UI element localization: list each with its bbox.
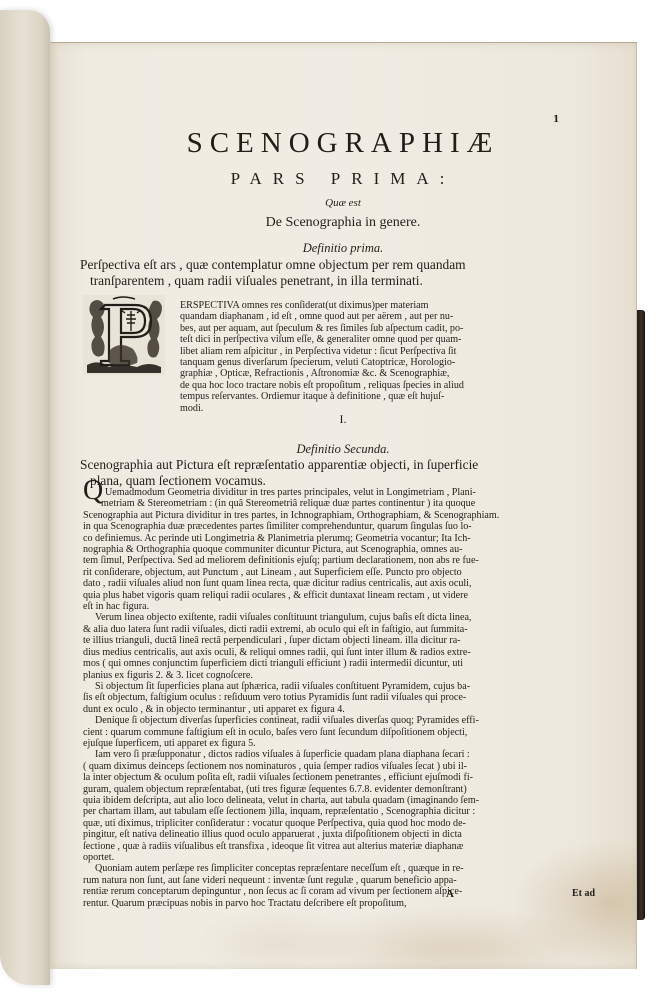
body-line: rentur. Quarum præcipuas nobis in parvo … <box>83 898 605 909</box>
body-line: quia ibidem deſcripta, aut alio loco del… <box>83 795 605 806</box>
body-line: ſis eſt objectum, faſtigium oculus : reſ… <box>83 692 605 703</box>
body-line: oportet. <box>83 852 605 863</box>
quae-est-line: Quæ est <box>50 197 636 209</box>
body-line: dius medius centricalis, aut axis oculi,… <box>83 647 605 658</box>
body-line: de qua hoc loco tractare nobis eſt propo… <box>180 380 600 391</box>
body-line: guram, qualem objectum repræſentabat, (u… <box>83 784 605 795</box>
body-line: Scenographia aut Pictura dividitur in tr… <box>83 510 605 521</box>
definition-2-body: Uemadmodum Geometria dividitur in tres p… <box>83 487 605 909</box>
definition-2-heading: Definitio Secunda. <box>50 442 636 457</box>
body-line: teſt dici in perſpectiva viſum eſſe, & g… <box>180 334 600 345</box>
definition-2-statement: Scenographia aut Pictura eſt repræſentat… <box>80 457 610 489</box>
book-page: 1 SCENOGRAPHIÆ PARS PRIMA: Quæ est De Sc… <box>50 42 637 969</box>
body-line: co definiemus. Ac perinde uti Longimetri… <box>83 533 605 544</box>
book-cover-edge <box>636 310 645 920</box>
body-line: nographia & Orthographia quoque communit… <box>83 544 605 555</box>
section-numeral: I. <box>50 412 636 427</box>
woodcut-initial-icon <box>83 295 165 375</box>
body-line: Uemadmodum Geometria dividitur in tres p… <box>83 487 605 498</box>
body-line: mos ( qui omnes conjunctim ſuperficiem d… <box>83 658 605 669</box>
catchword: Et ad <box>572 888 595 899</box>
body-line: in qua Scenographia duæ præcedentes part… <box>83 521 605 532</box>
body-line: rentiæ rerum conceptarum depinguntur , n… <box>83 886 605 897</box>
body-line: ERSPECTIVA omnes res conſiderat(ut dixim… <box>180 300 600 311</box>
body-line: cient : quarum commune faſtigium eſt in … <box>83 727 605 738</box>
body-line: ejuſque ſuperficem, uti apparet ex figur… <box>83 738 605 749</box>
signature-mark: A <box>446 888 454 900</box>
body-line: ( quam diximus deinceps ſectionem nos no… <box>83 761 605 772</box>
body-line: rit conſiderare, objectum, aut Punctum ,… <box>83 567 605 578</box>
body-line: Quoniam autem perſæpe res ſimpliciter co… <box>83 863 605 874</box>
body-line: bes, aut per aquam, aut ſpeculum & res ſ… <box>180 323 600 334</box>
statement-line: Perſpectiva eſt ars , quæ contemplatur o… <box>80 257 610 273</box>
body-line: eſt in hac figura. <box>83 601 605 612</box>
body-line: ſectione , quæ à radiis viſualibus eſt t… <box>83 841 605 852</box>
body-line: quia plus habet vigoris quam reliqui rad… <box>83 590 605 601</box>
body-line: libet aliam rem aſpicitur , in Perpſecti… <box>180 346 600 357</box>
definition-1-heading: Definitio prima. <box>50 241 636 256</box>
body-line: Verum linea objecto exiſtente, radii viſ… <box>83 612 605 623</box>
statement-line: Scenographia aut Pictura eſt repræſentat… <box>80 457 610 473</box>
body-line: dunt ex oculo , & in objecto terminantur… <box>83 704 605 715</box>
body-line: Denique ſi objectum diverſas ſuperficies… <box>83 715 605 726</box>
body-line: te illius trianguli, ductâ lineâ rectâ p… <box>83 635 605 646</box>
decorative-initial-p <box>83 295 165 375</box>
body-line: per chartam illam, aut tabulam eſſe ſect… <box>83 806 605 817</box>
page-title: SCENOGRAPHIÆ <box>50 127 636 160</box>
body-line: metriam & Stereometriam : (in quâ Stereo… <box>83 498 605 509</box>
body-line: tem ſimul, Perſpectiva. Sed ad meliorem … <box>83 555 605 566</box>
body-line: pingitur, eſt nativa delineatio illius q… <box>83 829 605 840</box>
body-line: rum natura non ſunt, aut ſane videri neq… <box>83 875 605 886</box>
body-line: & alia duo latera ſunt radii viſuales, d… <box>83 624 605 635</box>
definition-1-statement: Perſpectiva eſt ars , quæ contemplatur o… <box>80 257 610 289</box>
body-line: planius ex figuris 2. & 3. licet cognoſc… <box>83 670 605 681</box>
body-line: dato , radii viſuales aliud non ſunt qua… <box>83 578 605 589</box>
page-number: 1 <box>553 115 559 125</box>
subject-line: De Scenographia in genere. <box>50 215 636 231</box>
statement-line: tranſparentem , quam radii viſuales pene… <box>80 273 610 289</box>
body-line: tanquam genus diverſarum ſpecierum, velu… <box>180 357 600 368</box>
left-page-edge <box>0 10 50 985</box>
definition-1-body: ERSPECTIVA omnes res conſiderat(ut dixim… <box>180 300 600 414</box>
body-line: Iam vero ſi præſupponatur , dictos radio… <box>83 749 605 760</box>
body-line: quandam diaphanam , id eſt , omne quod a… <box>180 311 600 322</box>
page-subtitle: PARS PRIMA: <box>50 169 636 189</box>
body-line: tempus reſervantes. Ordiemur itaque à de… <box>180 391 600 402</box>
body-line: quæ, uti diximus, tripliciter conſiderat… <box>83 818 605 829</box>
body-line: la inter objectum & oculum poſita eſt, r… <box>83 772 605 783</box>
body-line: graphiæ , Opticæ, Refractionis , Aſtrono… <box>180 368 600 379</box>
body-line: Si objectum ſit ſuperficies plana aut ſp… <box>83 681 605 692</box>
